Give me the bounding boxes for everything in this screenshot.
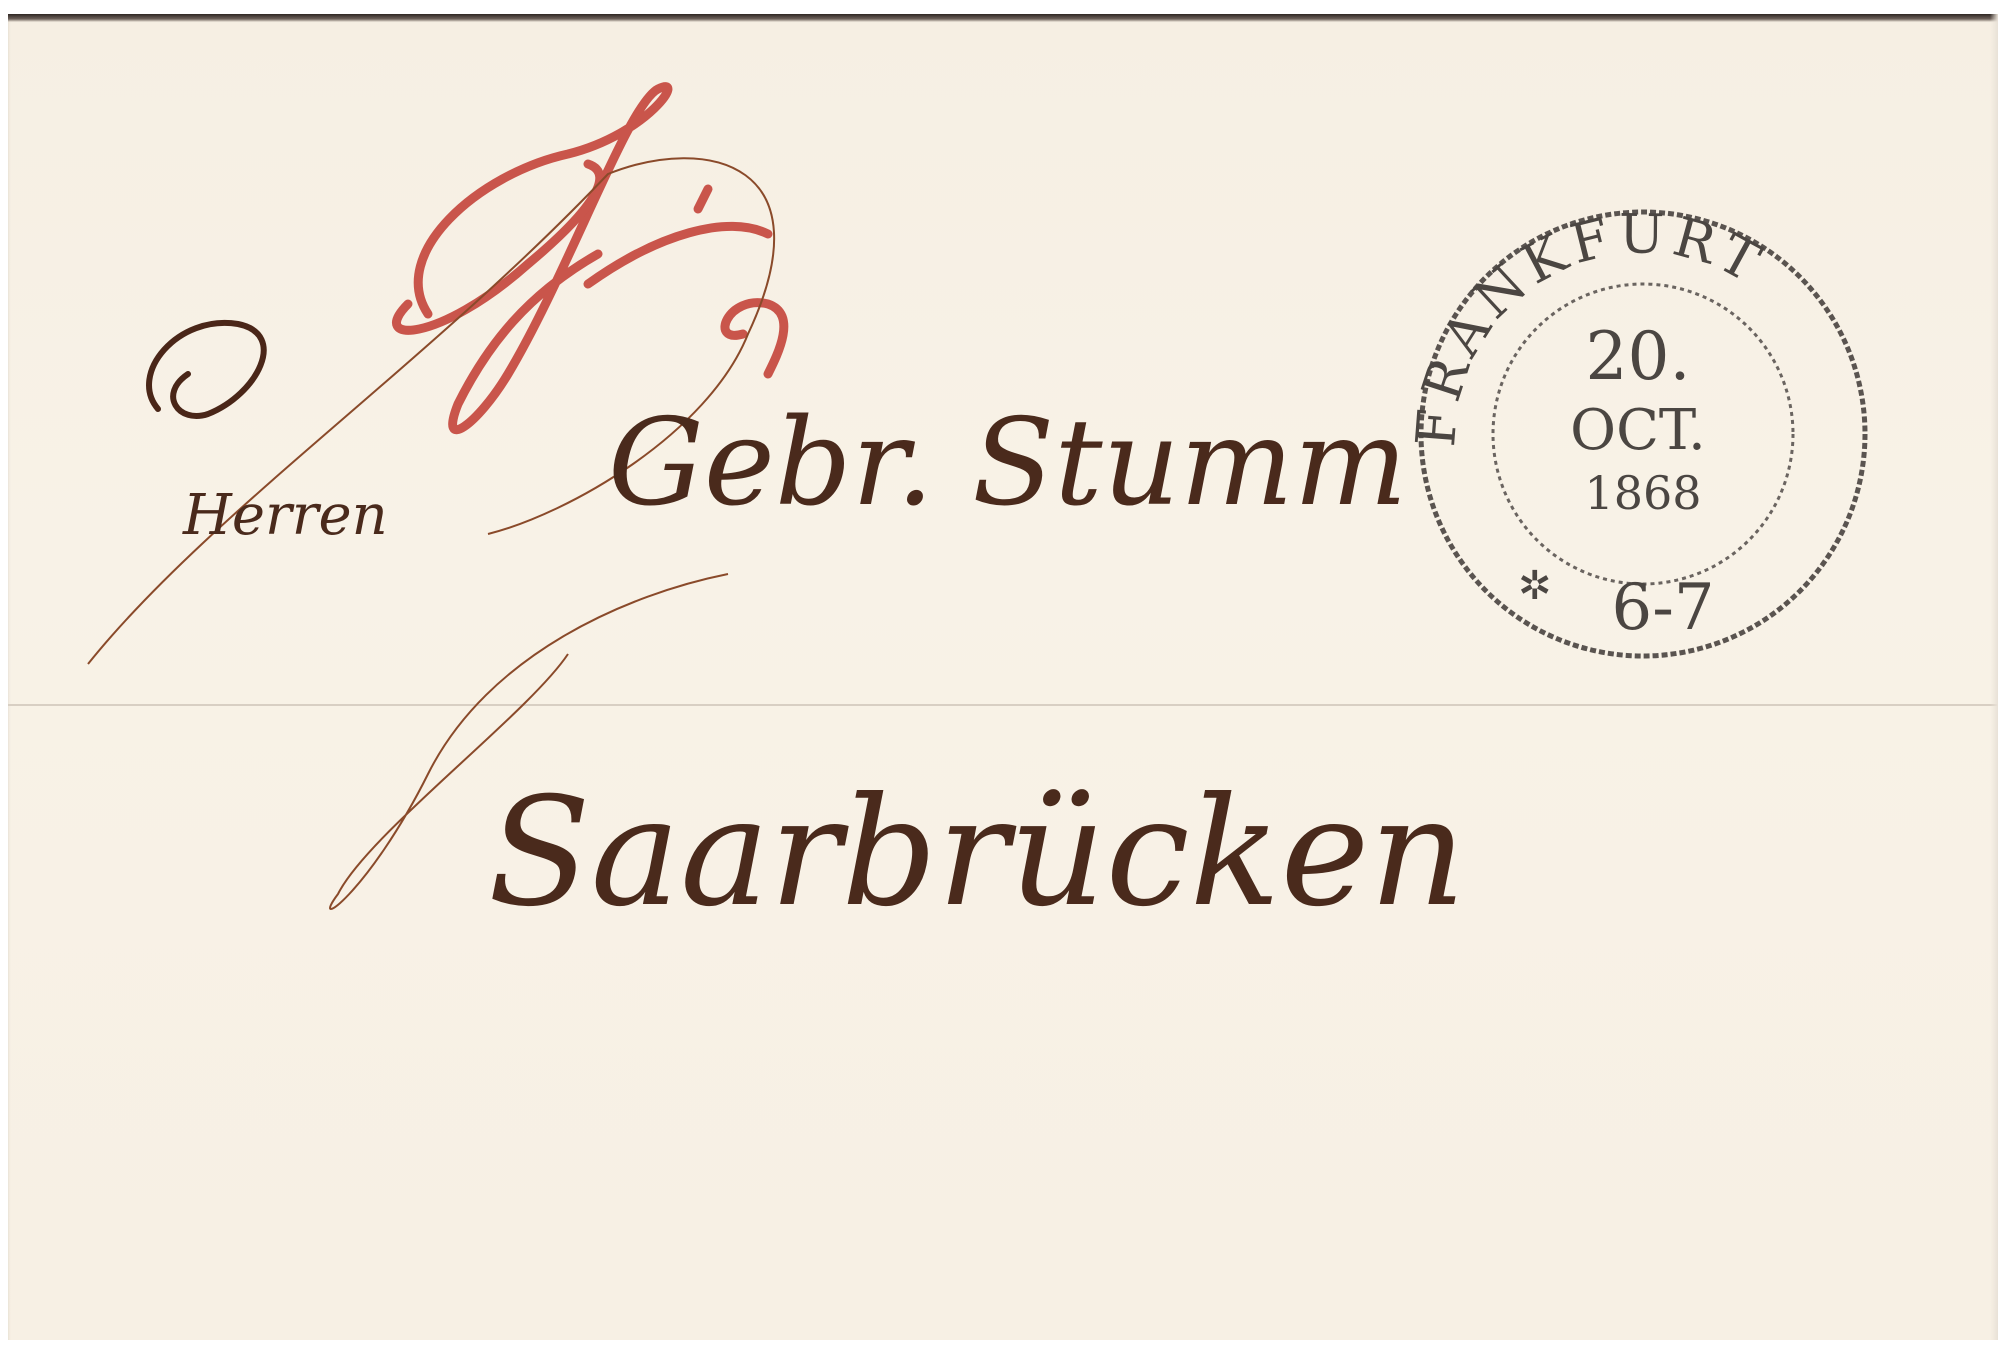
postmark-day: 20. xyxy=(1586,318,1691,395)
frankfurt-postmark: FRANKFURT 20. OCT. 1868 6-7 ✲ xyxy=(1404,202,1865,656)
postmark-year: 1868 xyxy=(1584,466,1701,520)
letter-cover: Herren Gebr. Stumm Saarbrücken FRANKFURT… xyxy=(8,14,1998,1340)
salutation-text: Herren xyxy=(182,483,388,548)
postmark-time: 6-7 xyxy=(1611,571,1714,645)
postmark-ornament: ✲ xyxy=(1518,563,1552,609)
postmark-month: OCT. xyxy=(1570,398,1706,463)
handwriting-layer: Herren Gebr. Stumm Saarbrücken FRANKFURT… xyxy=(8,14,1998,1340)
destination-text: Saarbrücken xyxy=(488,766,1466,940)
red-bia-marking xyxy=(396,87,783,430)
addressee-text: Gebr. Stumm xyxy=(608,394,1407,533)
